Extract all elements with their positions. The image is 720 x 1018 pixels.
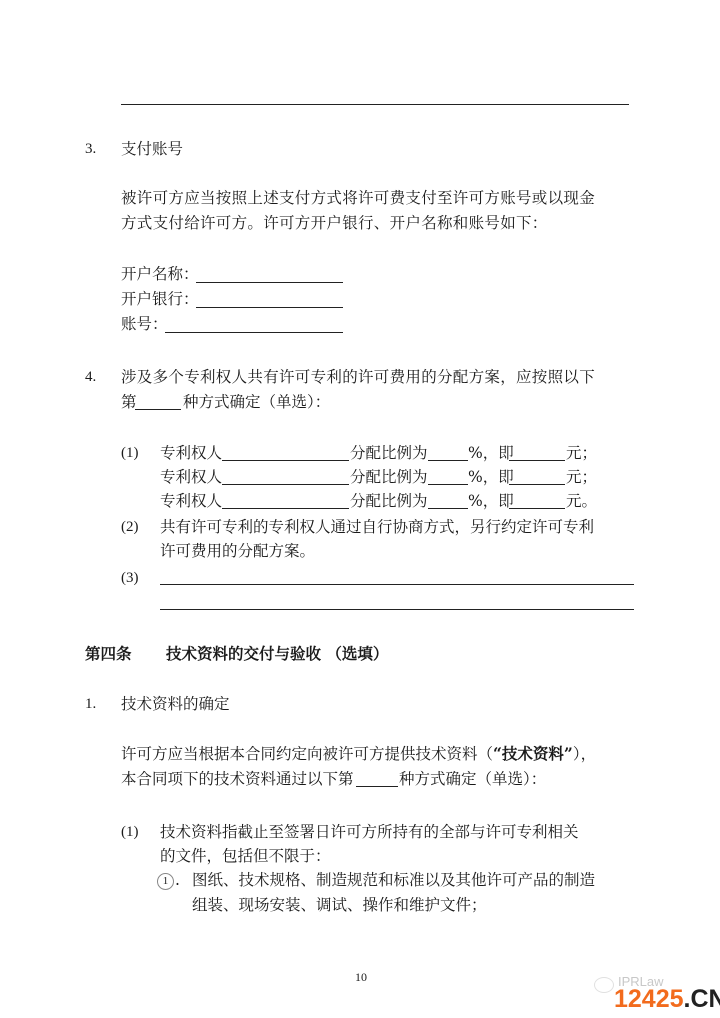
section-4-line2-suffix: 种方式确定（单选）： bbox=[183, 392, 330, 412]
amount-field-1[interactable] bbox=[509, 460, 565, 461]
account-name-field[interactable] bbox=[196, 282, 343, 283]
watermark-number: 12425 bbox=[614, 985, 684, 1013]
ratio-field-3[interactable] bbox=[428, 508, 468, 509]
item-1-defined-term: “技术资料” bbox=[493, 744, 573, 763]
section-4-number: 4. bbox=[85, 367, 96, 387]
page-number: 10 bbox=[355, 970, 367, 985]
top-fill-line bbox=[121, 104, 629, 105]
ratio-field-2[interactable] bbox=[428, 484, 468, 485]
account-number-field[interactable] bbox=[165, 332, 343, 333]
wechat-icon bbox=[594, 977, 614, 993]
account-name-label: 开户名称： bbox=[121, 264, 199, 284]
item-1-para-line2-suffix: 种方式确定（单选）： bbox=[399, 769, 546, 789]
ratio-field-1[interactable] bbox=[428, 460, 468, 461]
option-1-label: (1) bbox=[121, 443, 139, 463]
option-3-label: (3) bbox=[121, 568, 139, 588]
item-1-para-line2-prefix: 本合同项下的技术资料通过以下第 bbox=[121, 769, 354, 789]
amount-field-2[interactable] bbox=[509, 484, 565, 485]
sub-item-1-line2: 组装、现场安装、调试、操作和维护文件； bbox=[192, 895, 487, 915]
patentee-label-3: 专利权人 bbox=[160, 491, 222, 511]
ratio-label-2: 分配比例为 bbox=[350, 467, 428, 487]
circled-number-icon: 1 bbox=[157, 873, 174, 890]
item-1-para-line1-post: ）， bbox=[573, 745, 596, 763]
item-1-number: 1. bbox=[85, 694, 96, 714]
method-choice-field[interactable] bbox=[135, 409, 181, 410]
item-1-para-line1: 许可方应当根据本合同约定向被许可方提供技术资料（“技术资料”）， bbox=[121, 744, 596, 764]
yuan-label-3: 元。 bbox=[566, 491, 597, 511]
option-2-label: (2) bbox=[121, 517, 139, 537]
patentee-field-1[interactable] bbox=[222, 460, 349, 461]
bank-field[interactable] bbox=[196, 307, 343, 308]
ratio-label-3: 分配比例为 bbox=[350, 491, 428, 511]
sub-item-1-dot: . bbox=[175, 870, 180, 890]
watermark-domain: .CN bbox=[684, 985, 720, 1013]
patentee-label-1: 专利权人 bbox=[160, 443, 222, 463]
site-watermark: 12425.CN bbox=[614, 985, 720, 1013]
percent-label-2: %，即 bbox=[468, 467, 514, 487]
section-4-line1: 涉及多个专利权人共有许可专利的许可费用的分配方案，应按照以下 bbox=[121, 367, 595, 387]
patentee-field-2[interactable] bbox=[222, 484, 349, 485]
account-number-label: 账号： bbox=[121, 314, 168, 334]
item-1-title: 技术资料的确定 bbox=[121, 694, 230, 714]
option-3-field-line2[interactable] bbox=[160, 609, 634, 610]
percent-label-1: %，即 bbox=[468, 443, 514, 463]
sub-item-1-line1: 图纸、技术规格、制造规范和标准以及其他许可产品的制造 bbox=[192, 870, 595, 890]
item-1-option-1-label: (1) bbox=[121, 822, 139, 842]
tech-method-choice-field[interactable] bbox=[356, 786, 398, 787]
amount-field-3[interactable] bbox=[509, 508, 565, 509]
patentee-label-2: 专利权人 bbox=[160, 467, 222, 487]
item-1-option-1-line1: 技术资料指截止至签署日许可方所持有的全部与许可专利相关 bbox=[160, 822, 579, 842]
yuan-label-1: 元； bbox=[566, 443, 597, 463]
bank-label: 开户银行： bbox=[121, 289, 199, 309]
option-2-line2: 许可费用的分配方案。 bbox=[160, 541, 315, 561]
item-1-option-1-line2: 的文件，包括但不限于： bbox=[160, 846, 331, 866]
yuan-label-2: 元； bbox=[566, 467, 597, 487]
option-3-field-line1[interactable] bbox=[160, 584, 634, 585]
article-4-label: 第四条 bbox=[85, 644, 132, 664]
section-3-para-line2: 方式支付给许可方。许可方开户银行、开户名称和账号如下： bbox=[121, 213, 548, 233]
section-3-number: 3. bbox=[85, 139, 96, 159]
percent-label-3: %，即 bbox=[468, 491, 514, 511]
patentee-field-3[interactable] bbox=[222, 508, 349, 509]
ratio-label-1: 分配比例为 bbox=[350, 443, 428, 463]
section-3-title: 支付账号 bbox=[121, 139, 183, 159]
option-2-line1: 共有许可专利的专利权人通过自行协商方式，另行约定许可专利 bbox=[160, 517, 594, 537]
section-3-para-line1: 被许可方应当按照上述支付方式将许可费支付至许可方账号或以现金 bbox=[121, 188, 595, 208]
item-1-para-line1-pre: 许可方应当根据本合同约定向被许可方提供技术资料（ bbox=[121, 745, 493, 763]
article-4-title: 技术资料的交付与验收 （选填） bbox=[166, 644, 388, 664]
